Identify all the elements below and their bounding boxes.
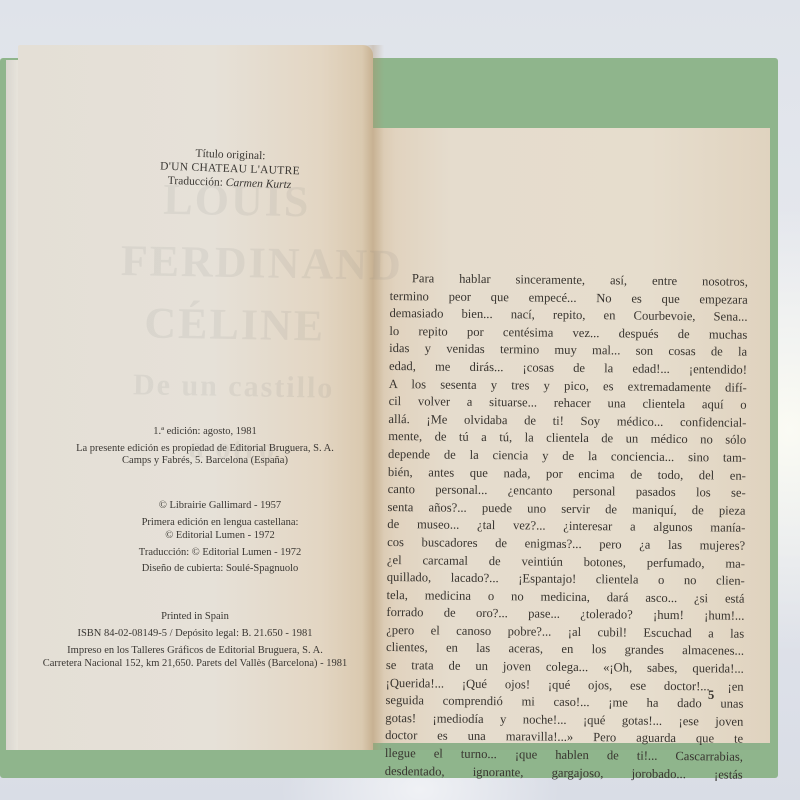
printed-in: Printed in Spain — [15, 610, 375, 623]
translator-name: Carmen Kurtz — [226, 177, 292, 191]
translation-copyright: Traducción: © Editorial Lumen - 1972 — [85, 547, 355, 560]
first-spanish-copyright: © Editorial Lumen - 1972 — [85, 530, 355, 543]
printing-block: Printed in Spain ISBN 84-02-08149-5 / De… — [15, 610, 375, 670]
copyright-block: © Librairie Gallimard - 1957 Primera edi… — [85, 500, 355, 577]
printer-line-1: Impreso en los Talleres Gráficos de Edit… — [15, 644, 375, 657]
first-edition: 1.ª edición: agosto, 1981 — [40, 426, 370, 439]
text-line: desdentado, ignorante, gargajoso, joroba… — [385, 763, 743, 784]
body-text: Para hablar sinceramente, así, entre nos… — [385, 270, 748, 784]
original-copyright: © Librairie Gallimard - 1957 — [85, 500, 355, 513]
page-number: 5 — [708, 688, 714, 703]
credits-title-block: Título original: D'UN CHATEAU L'AUTRE Tr… — [119, 144, 340, 194]
edition-block: 1.ª edición: agosto, 1981 La presente ed… — [40, 426, 370, 468]
translation-label: Traducción: — [168, 175, 224, 189]
isbn-line: ISBN 84-02-08149-5 / Depósito legal: B. … — [15, 627, 375, 640]
first-spanish-label: Primera edición en lengua castellana: — [85, 517, 355, 530]
show-through-cover-text: LOUIS FERDINAND CÉLINE De un castillo a … — [118, 168, 353, 452]
ghost-line: De un castillo — [118, 354, 349, 420]
ghost-line: FERDINAND — [120, 230, 351, 296]
property-line-2: Camps y Fabrés, 5. Barcelona (España) — [40, 455, 370, 468]
cover-design-credit: Diseño de cubierta: Soulé-Spagnuolo — [85, 563, 355, 576]
property-line-1: La presente edición es propiedad de Edit… — [40, 443, 370, 456]
printer-line-2: Carretera Nacional 152, km 21,650. Paret… — [15, 657, 375, 670]
ghost-line: CÉLINE — [119, 292, 350, 358]
